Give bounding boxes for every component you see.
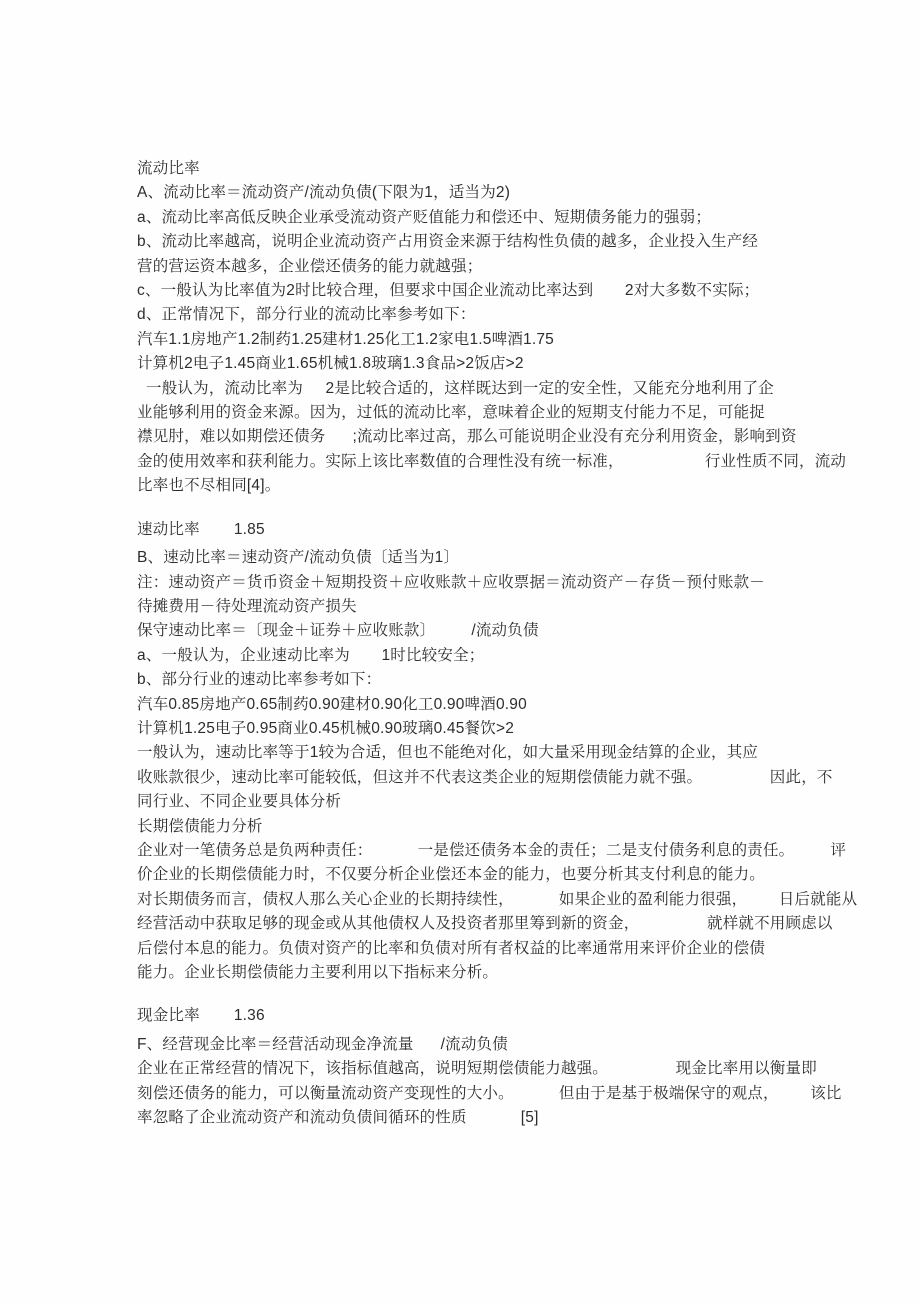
text-line: 企业对一笔债务总是负两种责任： 一是偿还债务本金的责任；二是支付债务利息的责任。…: [137, 839, 860, 863]
text-line: 业能够利用的资金来源。因为，过低的流动比率，意味着企业的短期支付能力不足，可能捉: [137, 401, 860, 425]
text-line: 襟见肘，难以如期偿还债务 ;流动比率过高，那么可能说明企业没有充分利用资金，影响…: [137, 425, 860, 449]
text-line: 计算机1.25电子0.95商业0.45机械0.90玻璃0.45餐饮>2: [137, 717, 860, 741]
text-line: A、流动比率＝流动资产/流动负债(下限为1，适当为2): [137, 181, 860, 205]
text-line: 注：速动资产＝货币资金＋短期投资＋应收账款＋应收票据＝流动资产－存货－预付账款－: [137, 571, 860, 595]
text-line: b、部分行业的速动比率参考如下：: [137, 668, 860, 692]
text-line: 企业在正常经营的情况下，该指标值越高，说明短期偿债能力越强。 现金比率用以衡量即: [137, 1057, 860, 1081]
text-line: 金的使用效率和获利能力。实际上该比率数值的合理性没有统一标准， 行业性质不同，流…: [137, 450, 860, 474]
text-line: 比率也不尽相同[4]。: [137, 474, 860, 498]
text-line: B、速动比率＝速动资产/流动负债〔适当为1〕: [137, 546, 860, 570]
text-line: 同行业、不同企业要具体分析: [137, 790, 860, 814]
text-line: 后偿付本息的能力。负债对资产的比率和负债对所有者权益的比率通常用来评价企业的偿债: [137, 937, 860, 961]
section-title: 现金比率: [137, 1007, 200, 1024]
text-line: 刻偿还债务的能力，可以衡量流动资产变现性的大小。 但由于是基于极端保守的观点， …: [137, 1082, 860, 1106]
section-value: 1.36: [234, 1007, 265, 1024]
text-line: F、经营现金比率＝经营活动现金净流量 /流动负债: [137, 1033, 860, 1057]
text-line: 对长期债务而言，债权人那么关心企业的长期持续性， 如果企业的盈利能力很强， 日后…: [137, 888, 860, 912]
document-body: 流动比率A、流动比率＝流动资产/流动负债(下限为1，适当为2)a、流动比率高低反…: [137, 157, 860, 1130]
section-heading: 现金比率1.36: [137, 1004, 860, 1028]
text-line: 待摊费用－待处理流动资产损失: [137, 595, 860, 619]
section-heading: 长期偿债能力分析: [137, 815, 860, 839]
text-line: 经营活动中获取足够的现金或从其他债权人及投资者那里筹到新的资金， 就样就不用顾虑…: [137, 912, 860, 936]
text-line: 保守速动比率＝〔现金＋证券＋应收账款〕 /流动负债: [137, 619, 860, 643]
section-title: 长期偿债能力分析: [137, 818, 263, 835]
text-line: 率忽略了企业流动资产和流动负债间循环的性质 [5]: [137, 1106, 860, 1130]
text-line: 收账款很少，速动比率可能较低，但这并不代表这类企业的短期偿债能力就不强。 因此，…: [137, 766, 860, 790]
section-heading: 流动比率: [137, 157, 860, 181]
text-line: 汽车0.85房地产0.65制药0.90建材0.90化工0.90啤酒0.90: [137, 693, 860, 717]
section-cash-ratio: 现金比率1.36F、经营现金比率＝经营活动现金净流量 /流动负债企业在正常经营的…: [137, 1004, 860, 1130]
section-value: 1.85: [234, 521, 265, 538]
text-line: 价企业的长期偿债能力时，不仅要分析企业偿还本金的能力，也要分析其支付利息的能力。: [137, 863, 860, 887]
section-quick-ratio: 速动比率1.85B、速动比率＝速动资产/流动负债〔适当为1〕注：速动资产＝货币资…: [137, 518, 860, 815]
document-page: 流动比率A、流动比率＝流动资产/流动负债(下限为1，适当为2)a、流动比率高低反…: [0, 0, 920, 1303]
text-line: a、一般认为，企业速动比率为 1时比较安全；: [137, 644, 860, 668]
section-title: 速动比率: [137, 521, 200, 538]
text-line: a、流动比率高低反映企业承受流动资产贬值能力和偿还中、短期债务能力的强弱；: [137, 206, 860, 230]
text-line: 一般认为，流动比率为 2是比较合适的，这样既达到一定的安全性，又能充分地利用了企: [137, 377, 860, 401]
text-line: d、正常情况下，部分行业的流动比率参考如下：: [137, 303, 860, 327]
text-line: 计算机2电子1.45商业1.65机械1.8玻璃1.3食品>2饭店>2: [137, 352, 860, 376]
text-line: 汽车1.1房地产1.2制药1.25建材1.25化工1.2家电1.5啤酒1.75: [137, 328, 860, 352]
section-long-term-solvency: 长期偿债能力分析企业对一笔债务总是负两种责任： 一是偿还债务本金的责任；二是支付…: [137, 815, 860, 986]
text-line: 营的营运资本越多，企业偿还债务的能力就越强；: [137, 255, 860, 279]
section-heading: 速动比率1.85: [137, 518, 860, 542]
text-line: b、流动比率越高，说明企业流动资产占用资金来源于结构性负债的越多，企业投入生产经: [137, 230, 860, 254]
section-current-ratio: 流动比率A、流动比率＝流动资产/流动负债(下限为1，适当为2)a、流动比率高低反…: [137, 157, 860, 499]
text-line: 能力。企业长期偿债能力主要利用以下指标来分析。: [137, 961, 860, 985]
text-line: c、一般认为比率值为2时比较合理，但要求中国企业流动比率达到 2对大多数不实际；: [137, 279, 860, 303]
section-title: 流动比率: [137, 160, 200, 177]
text-line: 一般认为，速动比率等于1较为合适，但也不能绝对化，如大量采用现金结算的企业，其应: [137, 741, 860, 765]
